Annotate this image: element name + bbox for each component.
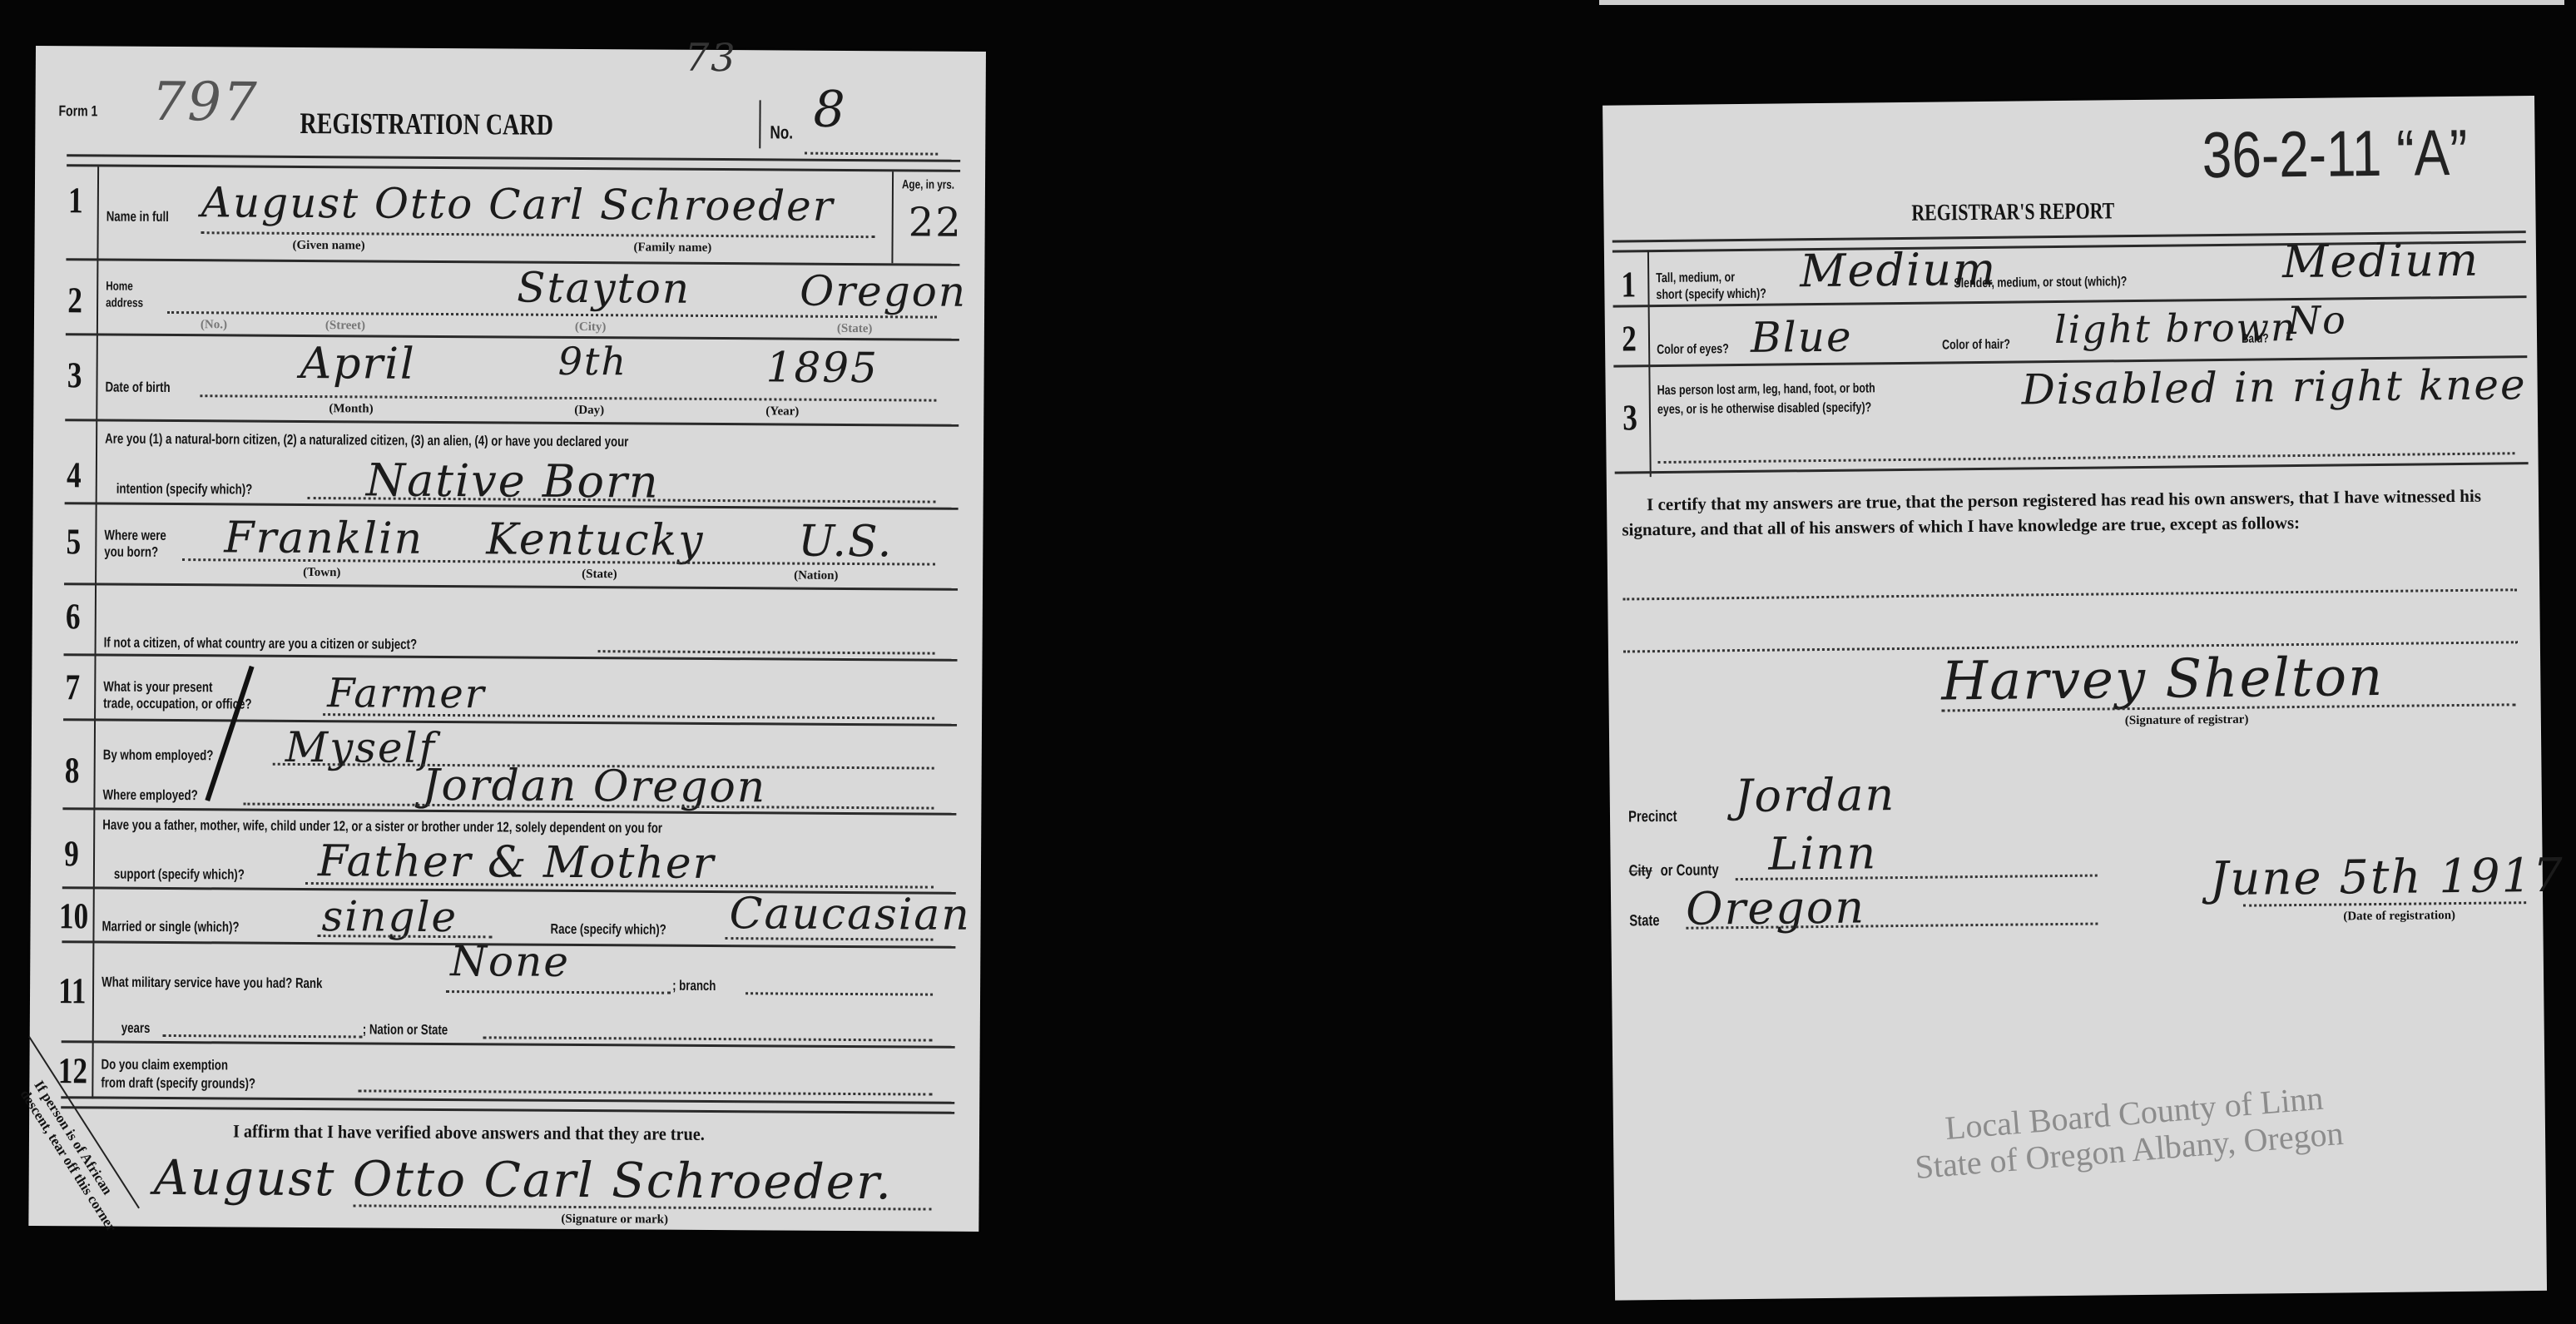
marital-status-value: single	[321, 892, 458, 941]
adjacent-card-edge	[1599, 0, 2564, 5]
birth-state-value: Kentucky	[486, 514, 704, 566]
state-label: State	[1629, 912, 1659, 930]
registration-date-caption: (Date of registration)	[2343, 909, 2455, 924]
home-state-value: Oregon	[800, 267, 967, 316]
top-number-handwritten: 73	[685, 35, 737, 80]
birth-year-value: 1895	[765, 343, 879, 392]
birth-town-value: Franklin	[224, 513, 424, 563]
registration-card: Form 1 797 73 REGISTRATION CARD No. 8 1 …	[28, 46, 986, 1232]
card-title: REGISTRATION CARD	[300, 106, 553, 142]
county-value: Linn	[1768, 826, 1877, 880]
divider	[759, 100, 760, 148]
military-rank-value: None	[450, 937, 570, 986]
disability-value: Disabled in right knee	[2021, 360, 2526, 414]
file-number: 36-2-11 “A”	[2202, 115, 2468, 193]
registrant-signature: August Otto Carl Schroeder.	[153, 1149, 893, 1210]
number-value: 8	[813, 81, 847, 139]
home-city-value: Stayton	[517, 264, 691, 313]
local-board-stamp: Local Board County of Linn State of Oreg…	[1944, 1079, 2345, 1183]
name-value: August Otto Carl Schroeder	[201, 178, 835, 231]
race-value: Caucasian	[729, 889, 971, 940]
birth-day-value: 9th	[558, 339, 628, 384]
precinct-value: Jordan	[1734, 768, 1895, 822]
build-value: Medium	[2282, 234, 2480, 288]
birth-month-value: April	[300, 339, 415, 389]
row-number: 1	[68, 179, 83, 221]
serial-number-handwritten: 797	[151, 72, 259, 134]
form-label: Form 1	[58, 102, 97, 120]
registrar-report-card: 36-2-11 “A” REGISTRAR'S REPORT 1 Tall, m…	[1603, 96, 2547, 1301]
registration-date-value: June 5th 1917	[2209, 849, 2564, 906]
birth-nation-value: U.S.	[798, 517, 893, 568]
affirmation-text: I affirm that I have verified above answ…	[233, 1120, 705, 1144]
number-label: No.	[770, 121, 793, 143]
dependents-value: Father & Mother	[318, 836, 716, 889]
age-value: 22	[909, 199, 963, 245]
row-number-column-rule	[92, 166, 99, 1098]
city-label-struck: City	[1629, 862, 1652, 880]
header-rule	[67, 154, 960, 172]
age-label: Age, in yrs.	[902, 177, 954, 191]
eye-color-value: Blue	[1751, 313, 1853, 362]
signature-caption: (Signature or mark)	[561, 1212, 668, 1227]
county-label: or County	[1661, 861, 1719, 880]
name-label: Name in full	[107, 209, 169, 226]
precinct-label: Precinct	[1628, 808, 1677, 827]
occupation-value: Farmer	[327, 670, 486, 717]
certification-text: I certify that my answers are true, that…	[1622, 483, 2517, 542]
bald-value: No	[2287, 297, 2348, 343]
registrar-signature-caption: (Signature of registrar)	[2125, 713, 2249, 729]
registrar-signature: Harvey Shelton	[1941, 647, 2385, 713]
report-title: REGISTRAR'S REPORT	[1911, 198, 2114, 227]
